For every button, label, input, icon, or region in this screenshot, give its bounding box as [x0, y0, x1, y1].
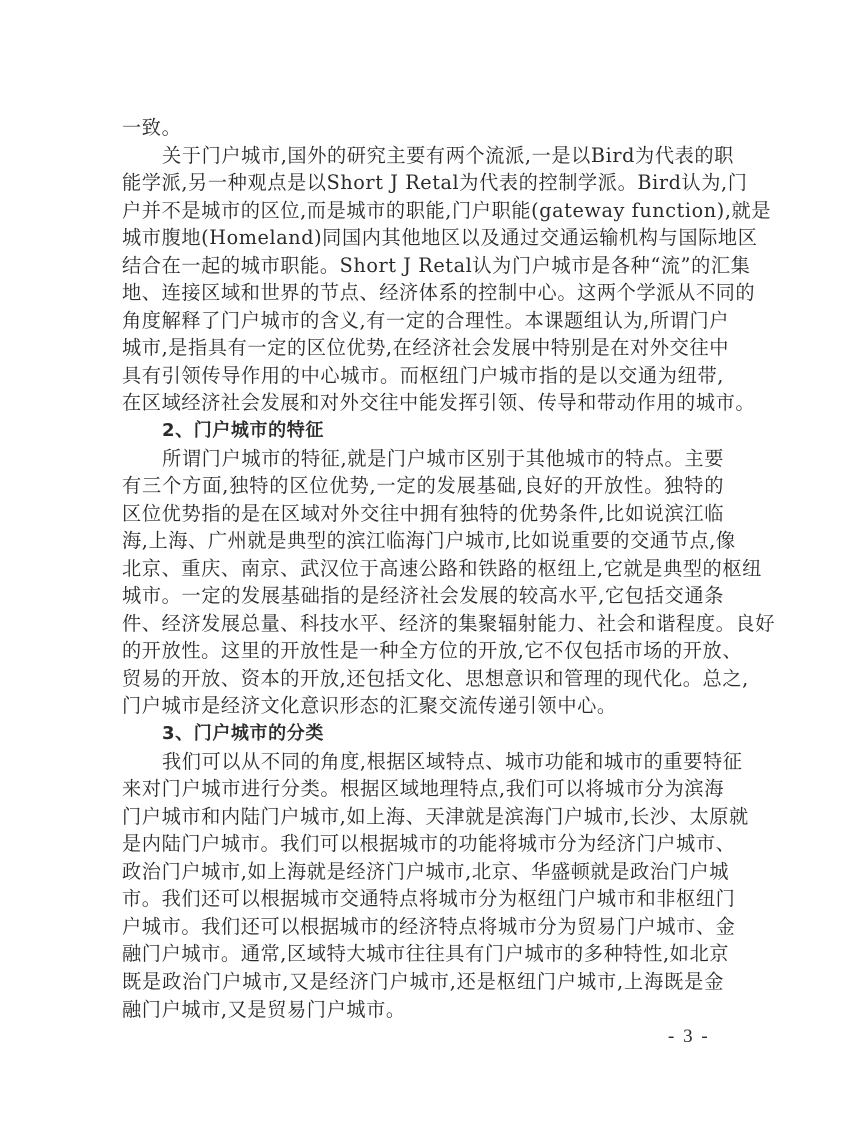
body-text-line: 在区域经济社会发展和对外交往中能发挥引领、传导和带动作用的城市。	[122, 389, 724, 417]
paragraph-last-line: 融门户城市,又是贸易门户城市。	[122, 996, 724, 1024]
body-text-line: 门户城市和内陆门户城市,如上海、天津就是滨海门户城市,长沙、太原就	[122, 803, 724, 831]
paragraph-last-line: 一致。	[122, 114, 724, 142]
paragraph-first-line: 关于门户城市,国外的研究主要有两个流派,一是以Bird为代表的职	[122, 142, 724, 170]
body-text-line: 来对门户城市进行分类。根据区域地理特点,我们可以将城市分为滨海	[122, 775, 724, 803]
body-text-line: 具有引领传导作用的中心城市。而枢纽门户城市指的是以交通为纽带,	[122, 362, 724, 390]
body-text-line: 结合在一起的城市职能。Short J Retal认为门户城市是各种“流”的汇集	[122, 252, 724, 280]
body-text-line: 有三个方面,独特的区位优势,一定的发展基础,良好的开放性。独特的	[122, 472, 724, 500]
page-number: - 3 -	[668, 1026, 710, 1048]
body-text-line: 城市。一定的发展基础指的是经济社会发展的较高水平,它包括交通条	[122, 582, 724, 610]
body-text-line: 北京、重庆、南京、武汉位于高速公路和铁路的枢纽上,它就是典型的枢纽	[122, 555, 724, 583]
body-text-line: 件、经济发展总量、科技水平、经济的集聚辐射能力、社会和谐程度。良好	[122, 610, 724, 638]
body-text-line: 城市腹地(Homeland)同国内其他地区以及通过交通运输机构与国际地区	[122, 224, 724, 252]
body-text-line: 融门户城市。通常,区域特大城市往往具有门户城市的多种特性,如北京	[122, 940, 724, 968]
paragraph-last-line: 门户城市是经济文化意识形态的汇聚交流传递引领中心。	[122, 692, 724, 720]
body-text-line: 区位优势指的是在区域对外交往中拥有独特的优势条件,比如说滨江临	[122, 500, 724, 528]
body-text-line: 既是政治门户城市,又是经济门户城市,还是枢纽门户城市,上海既是金	[122, 968, 724, 996]
document-page: 一致。关于门户城市,国外的研究主要有两个流派,一是以Bird为代表的职能学派,另…	[122, 114, 724, 1023]
body-text-line: 海,上海、广州就是典型的滨江临海门户城市,比如说重要的交通节点,像	[122, 527, 724, 555]
body-text-line: 是内陆门户城市。我们可以根据城市的功能将城市分为经济门户城市、	[122, 830, 724, 858]
section-heading: 3、门户城市的分类	[122, 720, 724, 748]
section-heading: 2、门户城市的特征	[122, 417, 724, 445]
body-text-line: 户城市。我们还可以根据城市的经济特点将城市分为贸易门户城市、金	[122, 913, 724, 941]
body-text-line: 能学派,另一种观点是以Short J Retal为代表的控制学派。Bird认为,…	[122, 169, 724, 197]
body-text-line: 政治门户城市,如上海就是经济门户城市,北京、华盛顿就是政治门户城	[122, 858, 724, 886]
paragraph-first-line: 所谓门户城市的特征,就是门户城市区别于其他城市的特点。主要	[122, 445, 724, 473]
body-text-line: 市。我们还可以根据城市交通特点将城市分为枢纽门户城市和非枢纽门	[122, 885, 724, 913]
body-text-line: 角度解释了门户城市的含义,有一定的合理性。本课题组认为,所谓门户	[122, 307, 724, 335]
body-text-line: 户并不是城市的区位,而是城市的职能,门户职能(gateway function)…	[122, 197, 724, 225]
body-text-line: 贸易的开放、资本的开放,还包括文化、思想意识和管理的现代化。总之,	[122, 665, 724, 693]
body-text-line: 地、连接区域和世界的节点、经济体系的控制中心。这两个学派从不同的	[122, 279, 724, 307]
body-text-line: 的开放性。这里的开放性是一种全方位的开放,它不仅包括市场的开放、	[122, 637, 724, 665]
body-text-line: 城市,是指具有一定的区位优势,在经济社会发展中特别是在对外交往中	[122, 334, 724, 362]
paragraph-first-line: 我们可以从不同的角度,根据区域特点、城市功能和城市的重要特征	[122, 748, 724, 776]
